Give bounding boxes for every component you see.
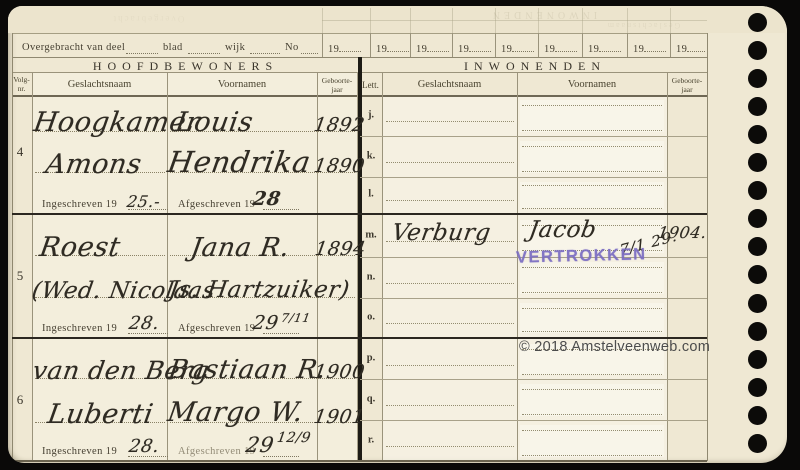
dotted-leader <box>126 42 158 54</box>
year-cell: 19 <box>416 42 449 55</box>
year-cell: 19 <box>501 42 534 55</box>
entry-birthyear: 1892 <box>312 116 366 135</box>
afgeschreven-label: Afgeschreven 19 <box>178 323 255 334</box>
punch-hole <box>748 181 767 200</box>
inwonenden-row-r: r. <box>360 420 707 461</box>
punch-hole <box>748 237 767 256</box>
punch-hole <box>748 209 767 228</box>
colheader-volgnr: Volg-nr. <box>11 75 32 94</box>
bleedthrough-text: INWONENDEN <box>428 9 658 20</box>
transfer-label-deel: Overgebracht van deel <box>22 42 125 53</box>
punch-hole <box>748 350 767 369</box>
year-cell: 19 <box>458 42 491 55</box>
year-cell: 19 <box>328 42 361 55</box>
entry-surname: Luberti <box>46 401 155 428</box>
ingeschreven-value: 25.- <box>126 194 162 210</box>
afgeschreven-label: Afgeschreven 19 <box>178 199 255 210</box>
punch-hole <box>748 13 767 32</box>
punch-hole <box>748 97 767 116</box>
afgeschreven-value: 2912/9 <box>244 435 311 456</box>
bleedthrough-text: Overgebracht <box>68 14 228 24</box>
ingeschreven-label: Ingeschreven 19 <box>42 199 117 210</box>
year-cell: 19 <box>676 42 705 55</box>
entry-birthyear: 1900 <box>312 363 366 382</box>
inwonenden-row-k: k. <box>360 136 707 177</box>
inwonenden-row-o: o. <box>360 298 707 337</box>
register-card: INWONENDEN Geslachtsnaam Overgebracht Ov… <box>8 6 787 463</box>
colheader-geboortejaar-right: Geboorte-jaar <box>667 76 707 95</box>
punch-hole <box>748 125 767 144</box>
watermark-copyright: © 2018 Amstelveenweb.com <box>519 339 710 355</box>
punch-hole <box>748 69 767 88</box>
ingeschreven-value: 28. <box>128 315 161 333</box>
entry-birthyear: 1890 <box>312 157 366 176</box>
ingeschreven-label: Ingeschreven 19 <box>42 446 117 457</box>
dotted-leader <box>250 42 280 54</box>
punch-hole <box>748 153 767 172</box>
volgnummer: 5 <box>11 268 29 284</box>
colheader-geslachtsnaam-right: Geslachtsnaam <box>382 79 517 90</box>
transfer-label-blad: blad <box>163 42 183 53</box>
year-cell: 19 <box>633 42 666 55</box>
colheader-voornamen: Voornamen <box>167 79 317 90</box>
punch-hole <box>748 294 767 313</box>
entry-firstnames: Jana R. <box>189 235 292 261</box>
afgeschreven-value: 28 <box>251 190 282 209</box>
ingeschreven-value: 28. <box>128 438 161 456</box>
inwonende-firstnames: Jacob <box>527 219 598 242</box>
dotted-leader <box>188 42 220 54</box>
entry-surname: Roest <box>38 234 123 261</box>
scanned-register-photo: INWONENDEN Geslachtsnaam Overgebracht Ov… <box>0 0 800 470</box>
inwonenden-row-q: q. <box>360 379 707 420</box>
volgnummer: 4 <box>11 144 29 160</box>
transfer-label-no: No <box>285 42 299 53</box>
punch-hole <box>748 41 767 60</box>
grid-line <box>12 33 707 34</box>
inwonende-surname: Verburg <box>390 222 492 245</box>
inwonenden-row-j: j. <box>360 95 707 136</box>
afgeschreven-date: 7/11 <box>280 311 312 325</box>
punch-hole <box>748 434 767 453</box>
afgeschreven-date: 12/9 <box>276 430 312 446</box>
entry-firstnames: Margo W. <box>166 399 305 426</box>
afgeschreven-value: 297/11 <box>251 314 311 333</box>
entry-firstnames: Bastiaan R. <box>167 357 328 383</box>
dotted-leader <box>301 42 318 54</box>
colheader-voornamen-right: Voornamen <box>517 79 667 90</box>
colheader-geboortejaar: Geboorte-jaar <box>317 76 357 95</box>
grid-line <box>707 33 708 461</box>
punch-hole <box>748 378 767 397</box>
year-cell: 19 <box>588 42 621 55</box>
inwonenden-row-l: l. <box>360 177 707 213</box>
entry-birthyear: 1894 <box>313 240 367 259</box>
entry-firstnames: Js. Hartzuiker) <box>167 279 351 302</box>
year-cell: 19 <box>376 42 409 55</box>
entry-firstnames: Louis <box>174 109 255 136</box>
punch-hole <box>748 265 767 284</box>
punch-hole <box>748 322 767 341</box>
entry-surname: Amons <box>44 151 144 178</box>
volgnummer: 6 <box>11 392 29 408</box>
colheader-geslachtsnaam: Geslachtsnaam <box>32 79 167 90</box>
colheader-lett: Lett. <box>359 80 382 90</box>
transfer-label-wijk: wijk <box>225 42 245 53</box>
vertrokken-stamp: VERTROKKEN <box>516 245 647 267</box>
year-cell: 19 <box>544 42 577 55</box>
bleedthrough-text: Geslachtsnaam <box>568 21 718 30</box>
entry-firstnames: Hendrika <box>166 148 313 177</box>
ingeschreven-label: Ingeschreven 19 <box>42 323 117 334</box>
entry-birthyear: 1901 <box>312 408 366 427</box>
punch-hole <box>748 406 767 425</box>
